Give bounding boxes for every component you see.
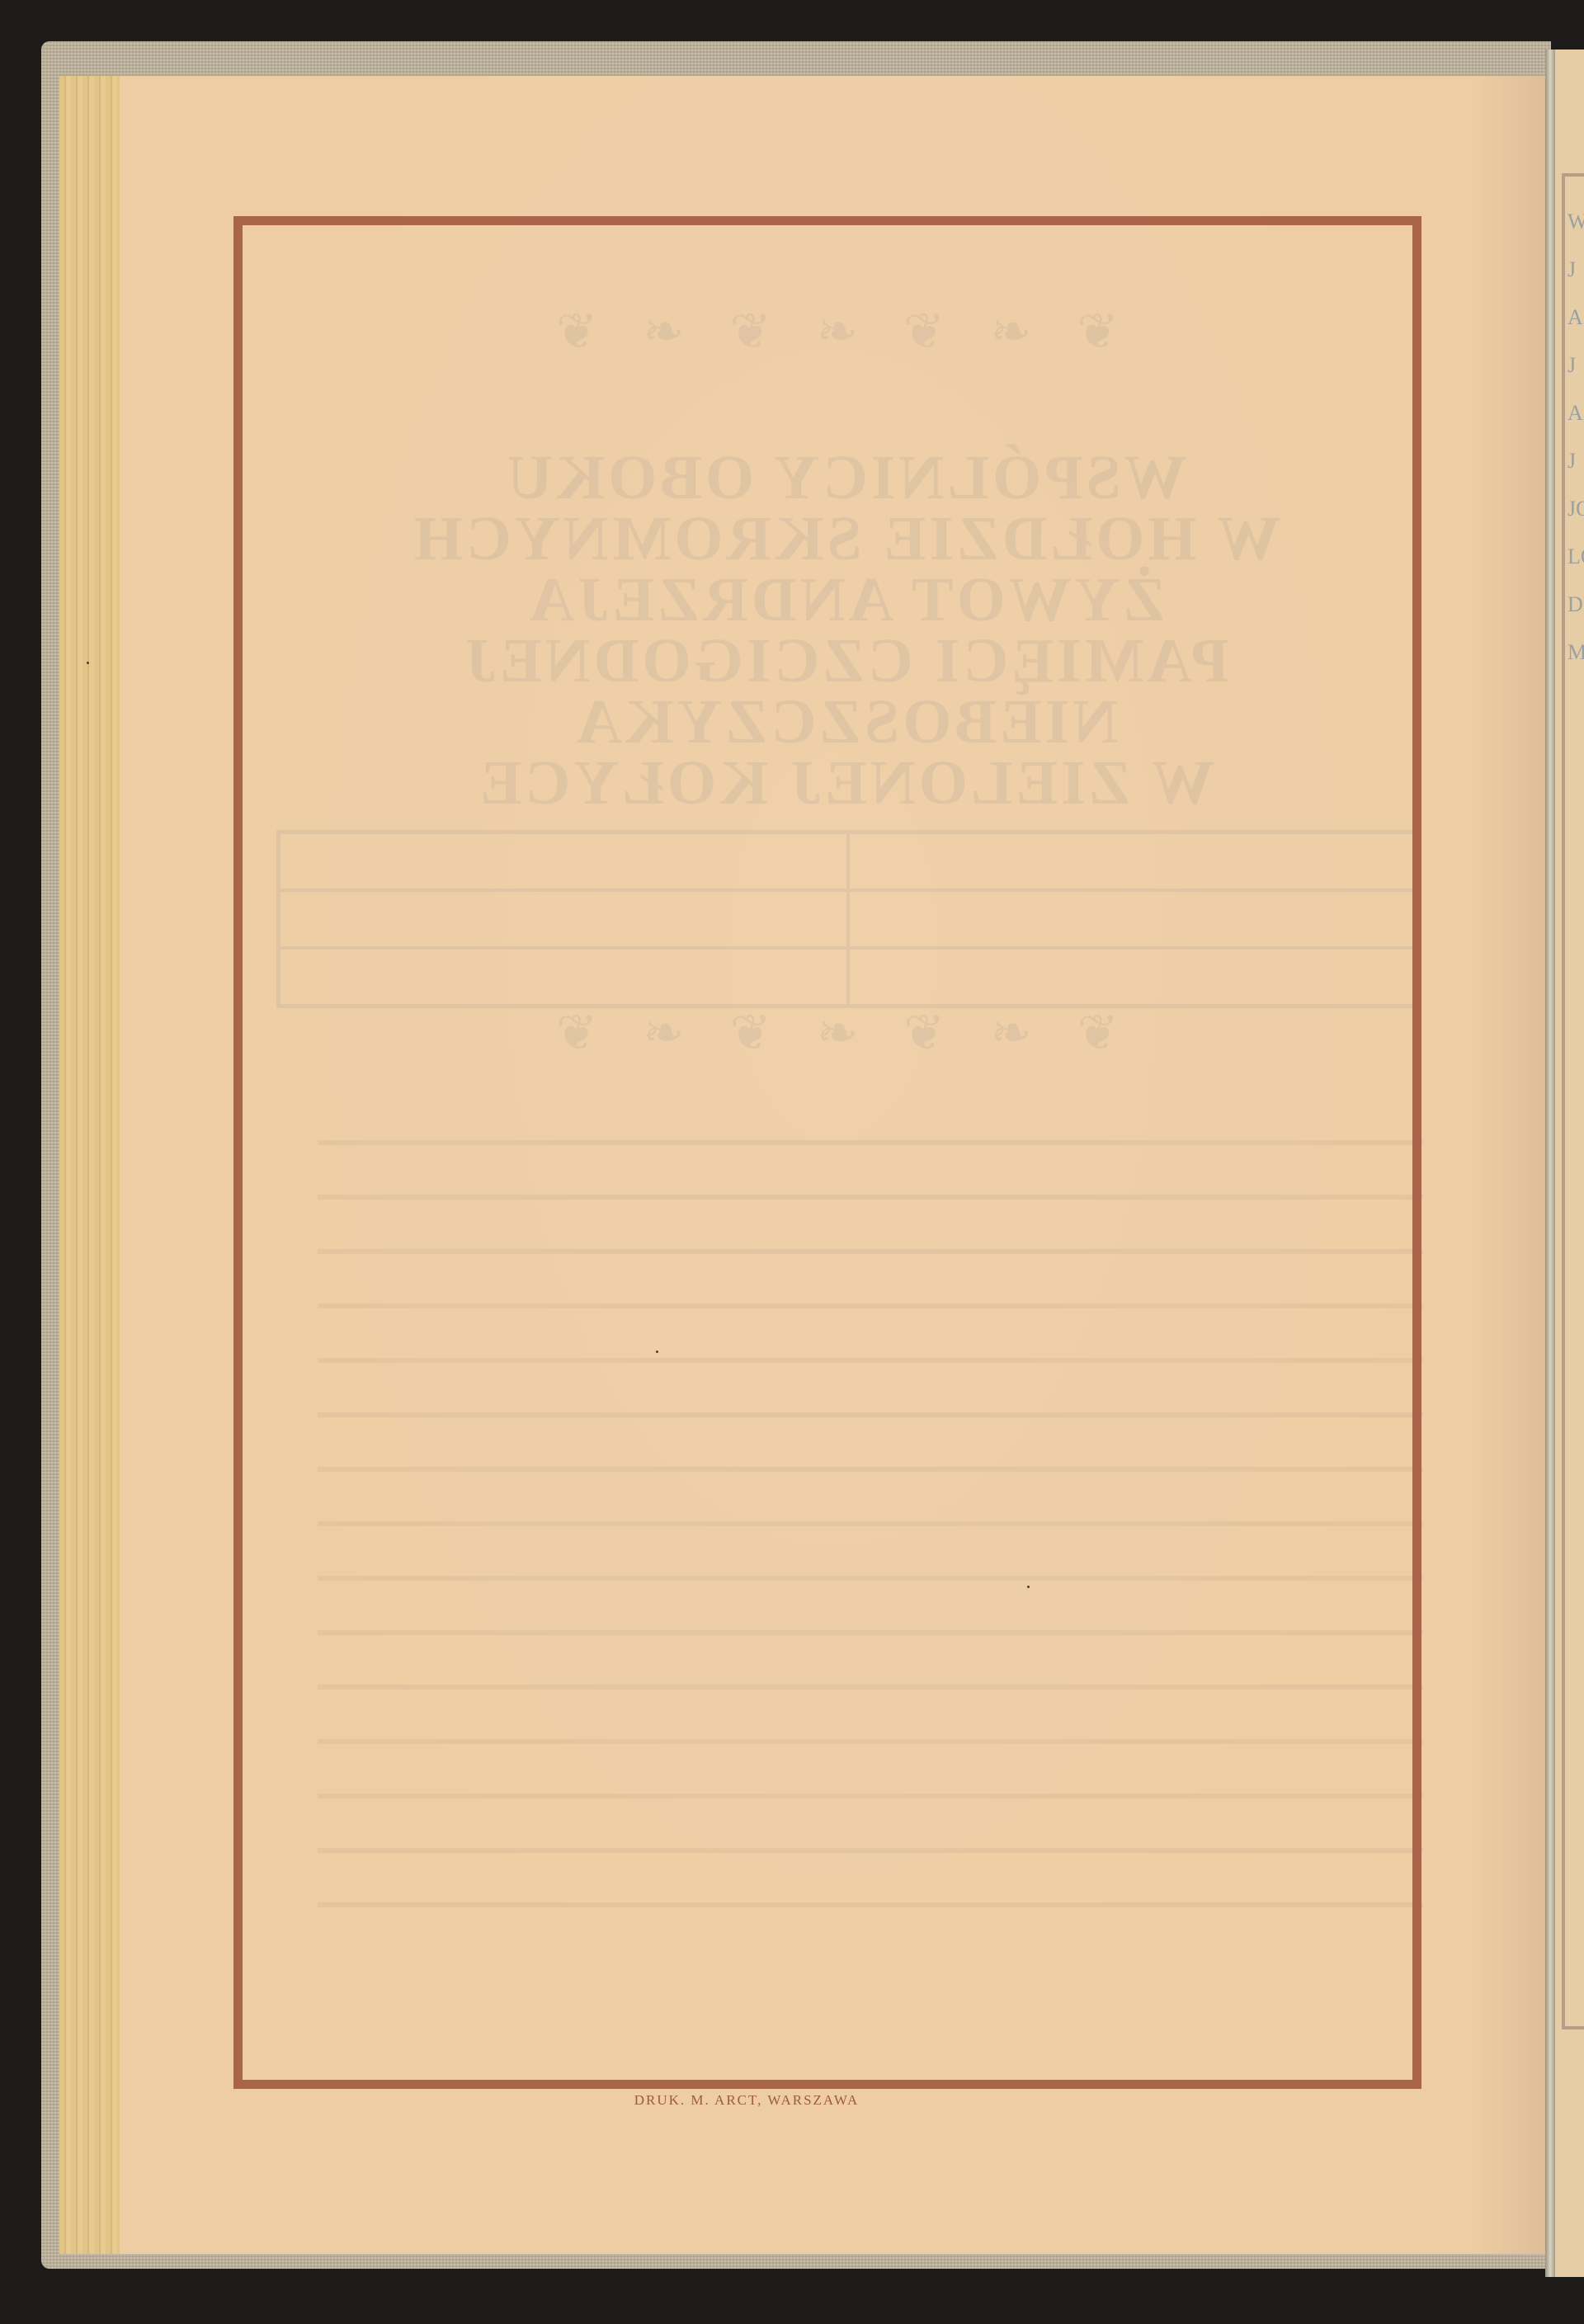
paper-speck xyxy=(1027,1586,1030,1588)
red-border-frame xyxy=(233,216,1421,2089)
book-page: ❦ ❧ ❦ ❧ ❦ ❧ ❦ WSPÓLNICY OBOKU W HOŁDZIE … xyxy=(120,76,1547,2254)
paper-speck xyxy=(87,662,89,664)
page-block-edges xyxy=(59,76,123,2254)
adjacent-page-glyphs: W J A J A J JO LO DI M xyxy=(1567,198,1584,2013)
printer-imprint: DRUK. M. ARCT, WARSZAWA xyxy=(0,2092,1584,2109)
gutter-spine xyxy=(1545,49,1555,2277)
paper-speck xyxy=(656,1351,658,1353)
imprint-text: DRUK. M. ARCT, WARSZAWA xyxy=(634,2092,860,2109)
gutter-shadow xyxy=(1473,76,1547,2254)
